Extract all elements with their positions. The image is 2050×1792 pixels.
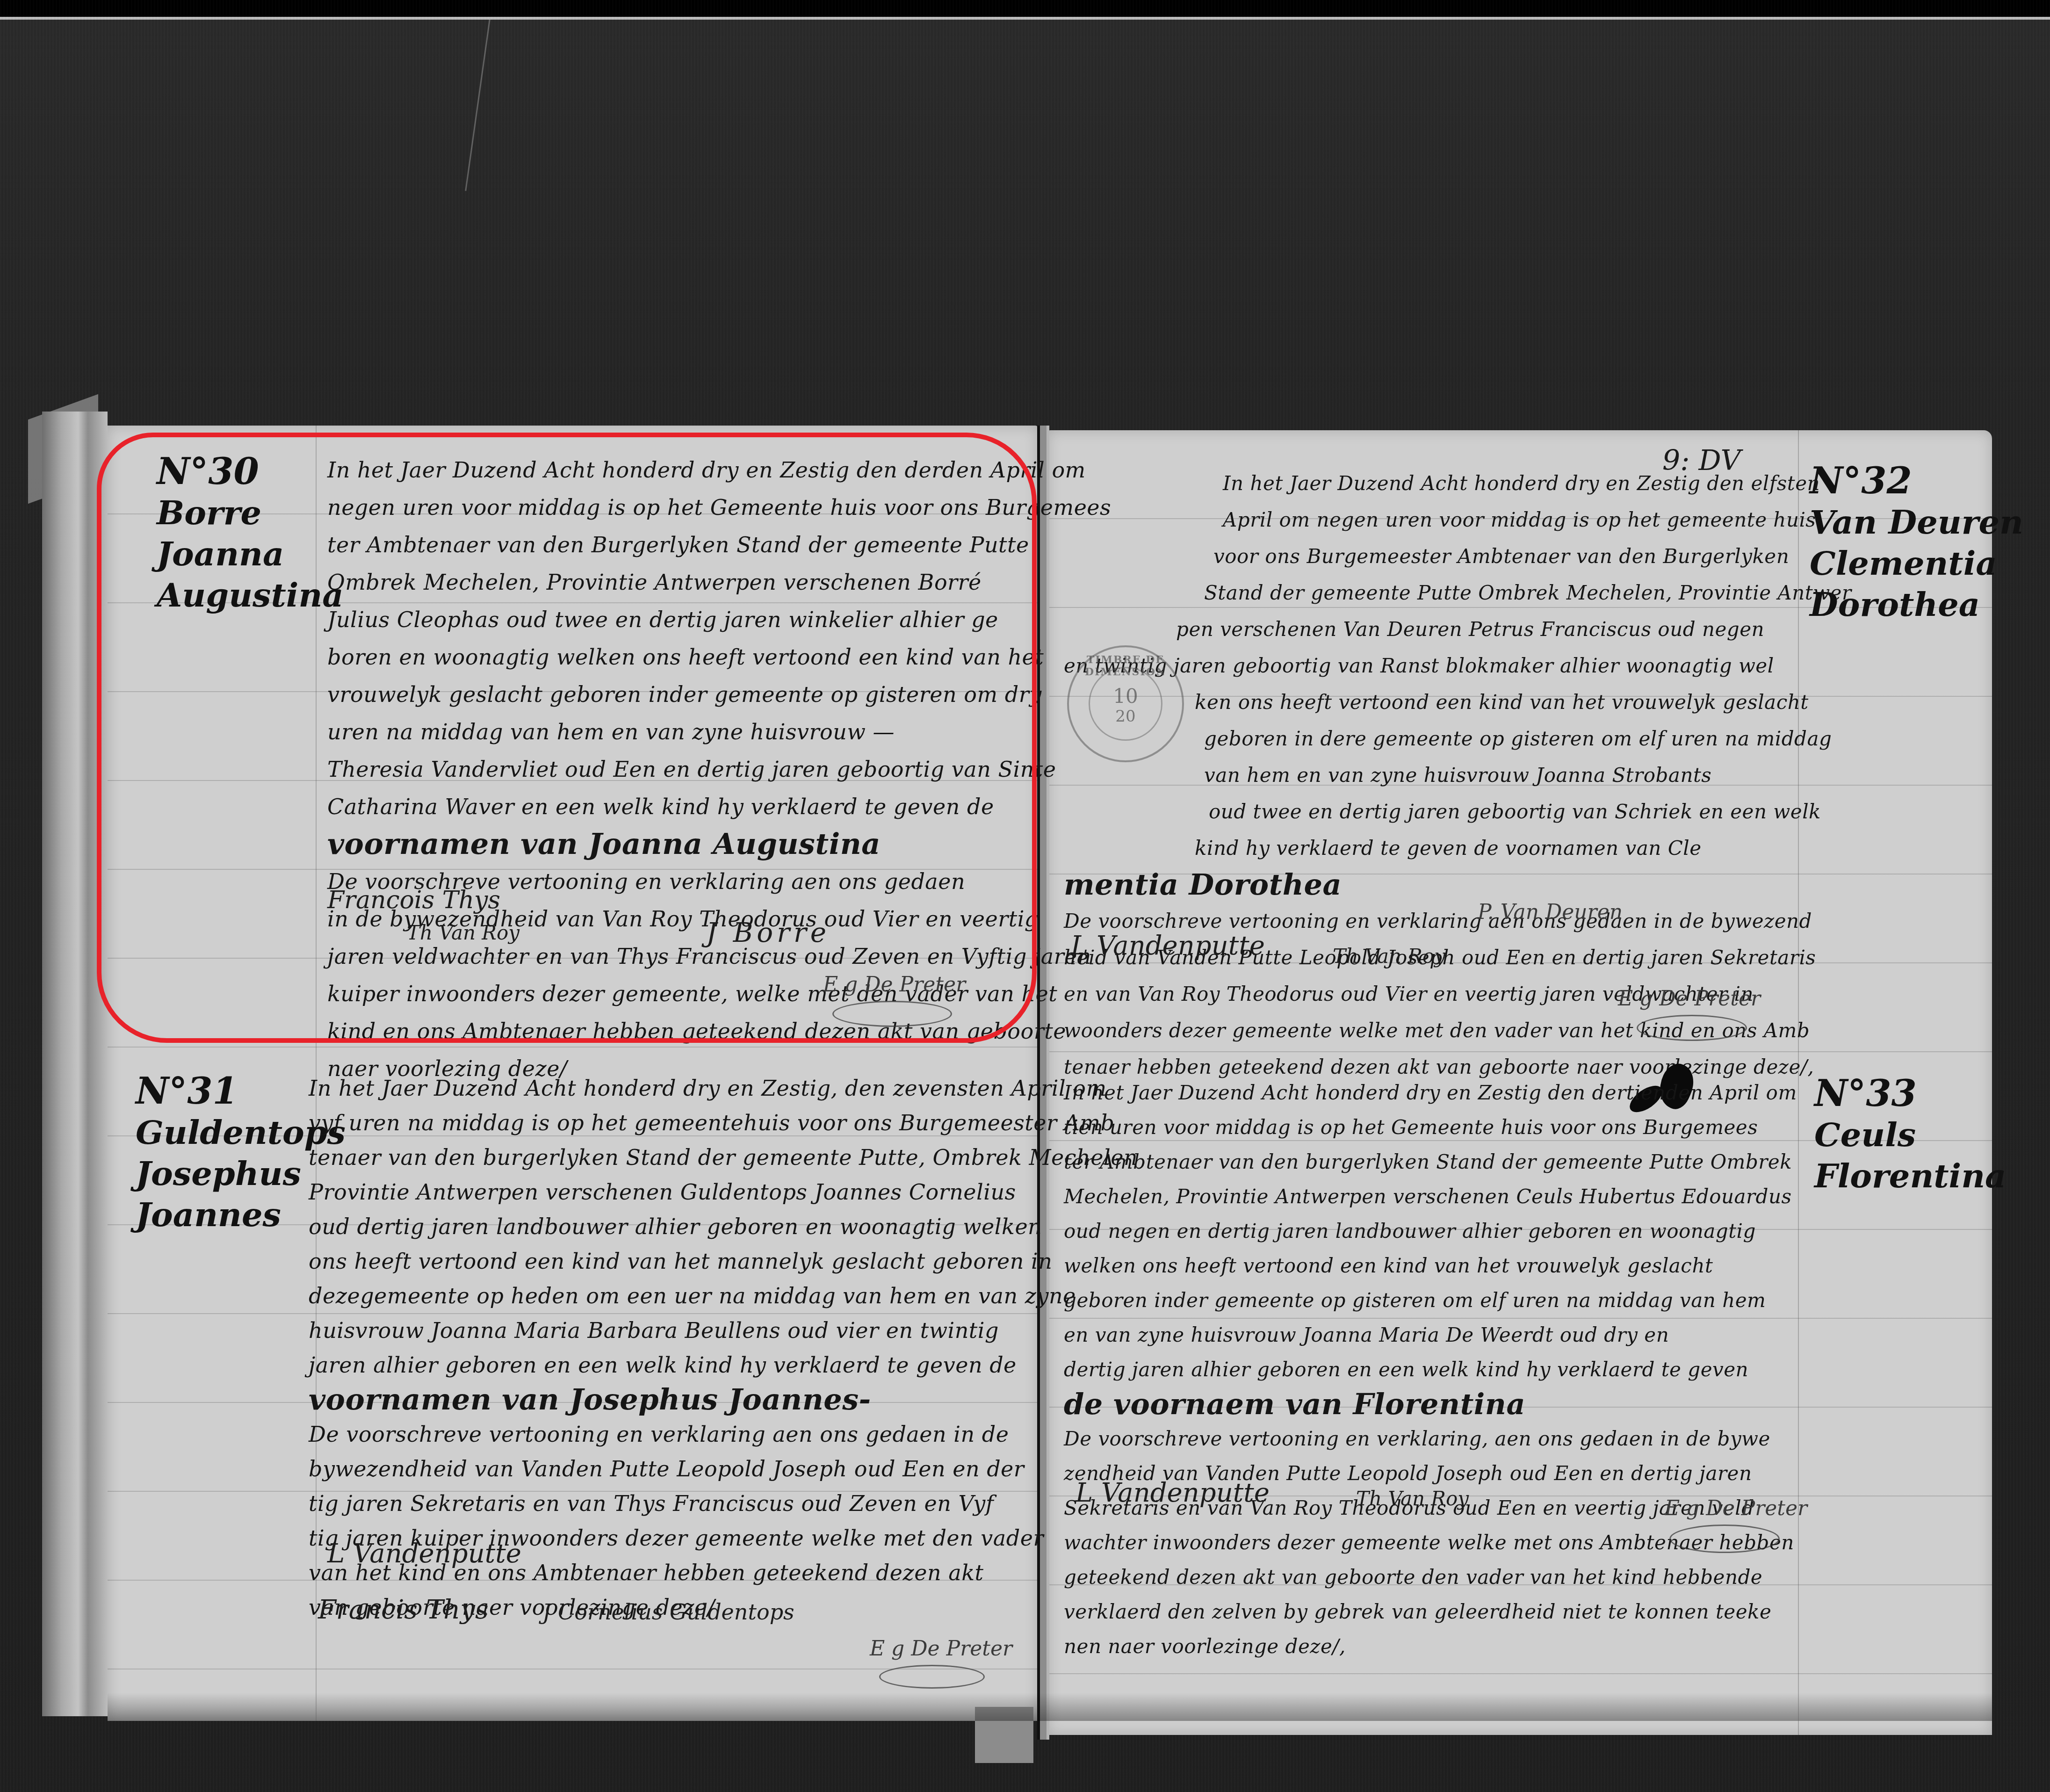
signature: Th Van Roy: [1356, 1487, 1469, 1510]
text-line: Catharina Waver en een welk kind hy verk…: [327, 788, 1029, 825]
signature: J Cornelius Guldentops: [542, 1599, 794, 1625]
stamp-value: 20: [1069, 707, 1182, 726]
text-line: voor ons Burgemeester Ambtenaer van den …: [1064, 538, 1793, 575]
text-line: ter Ambtenaer van den burgerlyken Stand …: [1064, 1145, 1793, 1179]
text-line: oud twee en dertig jaren geboortig van S…: [1064, 794, 1793, 830]
scan-scratch: [465, 20, 490, 191]
text-line: welken ons heeft vertoond een kind van h…: [1064, 1249, 1793, 1283]
text-line: ter Ambtenaer van den Burgerlyken Stand …: [327, 526, 1029, 564]
signature-flourish: [1637, 1015, 1747, 1041]
signature: J Borre: [706, 917, 830, 948]
entry-number: N°32: [1810, 461, 2023, 502]
signature: Francis Thys: [318, 1595, 489, 1625]
stamp-legend: TIMBRE DE DIMENSION: [1069, 654, 1182, 678]
signature: P. Van Deuren: [1478, 900, 1623, 924]
entry-number: N°33: [1814, 1073, 2006, 1114]
text-line: dezegemeente op heden om een uer na midd…: [309, 1279, 1029, 1313]
signature: E g De Preter: [1665, 1496, 1807, 1520]
text-line: en van zyne huisvrouw Joanna Maria De We…: [1064, 1318, 1793, 1352]
text-line: vrouwelyk geslacht geboren inder gemeent…: [327, 676, 1029, 713]
text-line: oud dertig jaren landbouwer alhier gebor…: [309, 1209, 1029, 1244]
text-line: ons heeft vertoond een kind van het mann…: [309, 1244, 1029, 1279]
text-line: Provintie Antwerpen verschenen Guldentop…: [309, 1175, 1029, 1209]
text-line: de voornaem van Florentina: [1064, 1387, 1793, 1422]
text-line: tenaer van den burgerlyken Stand der gem…: [309, 1140, 1029, 1175]
text-line: huisvrouw Joanna Maria Barbara Beullens …: [309, 1313, 1029, 1348]
text-line: Mechelen, Provintie Antwerpen verschenen…: [1064, 1179, 1793, 1214]
text-line: bywezendheid van Vanden Putte Leopold Jo…: [309, 1452, 1029, 1486]
text-line: vyf uren na middag is op het gemeentehui…: [309, 1106, 1029, 1140]
signature: E g De Preter: [823, 973, 966, 997]
signature: L Vandenputte: [1076, 1478, 1270, 1508]
text-line: tien uren voor middag is op het Gemeente…: [1064, 1110, 1793, 1145]
text-line: mentia Dorothea: [1064, 867, 1793, 903]
text-line: dertig jaren alhier geboren en een welk …: [1064, 1352, 1793, 1387]
text-line: geboren inder gemeente op gisteren om el…: [1064, 1283, 1793, 1318]
text-line: In het Jaer Duzend Acht honderd dry en Z…: [1064, 465, 1793, 502]
text-line: De voorschreve vertooning en verklaring …: [309, 1417, 1029, 1452]
entry-given-name: Joanna: [157, 534, 344, 575]
signature: E g De Preter: [1618, 987, 1761, 1011]
text-line: van hem en van zyne huisvrouw Joanna Str…: [1064, 757, 1793, 794]
signature-flourish: [1669, 1525, 1780, 1553]
entry-30-margin: N°30 Borre Joanna Augustina: [157, 451, 344, 616]
text-line: In het Jaer Duzend Acht honderd dry en Z…: [1064, 1076, 1793, 1110]
entry-surname: Ceuls: [1814, 1114, 2006, 1156]
text-line: De voorschreve vertooning en verklaring,…: [1064, 1422, 1793, 1456]
scanned-register-image: 9: DV N°30 Borre Joanna Augustina In het…: [0, 0, 2050, 1792]
signature: E g De Preter: [870, 1637, 1012, 1661]
entry-surname: Van Deuren: [1810, 502, 2023, 543]
text-line: Theresia Vandervliet oud Een en dertig j…: [327, 751, 1029, 788]
signature-flourish: [832, 1001, 952, 1027]
text-line: In het Jaer Duzend Acht honderd dry en Z…: [309, 1071, 1029, 1106]
page-bottom-shadow: [108, 1693, 1992, 1721]
signature: L Vandenputte: [1071, 931, 1265, 961]
text-line: Stand der gemeente Putte Ombrek Mechelen…: [1064, 575, 1793, 611]
text-line: nen naer voorlezinge deze/,: [1064, 1629, 1793, 1664]
entry-given-name: Florentina: [1814, 1156, 2006, 1197]
signature: Francois Thys: [327, 886, 500, 914]
text-line: pen verschenen Van Deuren Petrus Francis…: [1064, 611, 1793, 648]
text-line: voornamen van Joanna Augustina: [327, 825, 1029, 863]
text-line: voornamen van Josephus Joannes-: [309, 1382, 1029, 1417]
book-edge-left: [42, 412, 108, 1716]
text-line: kind hy verklaerd te geven de voornamen …: [1064, 830, 1793, 867]
revenue-stamp: TIMBRE DE DIMENSION 10 20: [1067, 645, 1184, 762]
signature: Th Van Roy: [407, 921, 520, 944]
text-line: Julius Cleophas oud twee en dertig jaren…: [327, 601, 1029, 638]
signature-flourish: [879, 1665, 985, 1689]
entry-33-margin: N°33 Ceuls Florentina: [1814, 1073, 2006, 1197]
text-line: oud negen en dertig jaren landbouwer alh…: [1064, 1214, 1793, 1249]
text-line: In het Jaer Duzend Acht honderd dry en Z…: [327, 451, 1029, 489]
text-line: boren en woonagtig welken ons heeft vert…: [327, 638, 1029, 676]
stamp-value: 10: [1069, 685, 1182, 708]
entry-number: N°30: [157, 451, 344, 492]
entry-33-body: In het Jaer Duzend Acht honderd dry en Z…: [1064, 1076, 1793, 1664]
entry-text: In het Jaer Duzend Acht honderd dry en Z…: [1064, 1076, 1793, 1664]
text-line: uren na middag van hem en van zyne huisv…: [327, 713, 1029, 751]
signature: Th Van Roy: [1333, 945, 1445, 968]
text-line: verklaerd den zelven by gebrek van gelee…: [1064, 1595, 1793, 1629]
text-line: April om negen uren voor middag is op he…: [1064, 502, 1793, 538]
entry-surname: Borre: [157, 492, 344, 534]
text-line: Ombrek Mechelen, Provintie Antwerpen ver…: [327, 564, 1029, 601]
text-line: jaren alhier geboren en een welk kind hy…: [309, 1348, 1029, 1382]
signature: L Vandenputte: [327, 1539, 521, 1569]
text-line: geteekend dezen akt van geboorte den vad…: [1064, 1560, 1793, 1595]
text-line: negen uren voor middag is op het Gemeent…: [327, 489, 1029, 526]
text-line: tig jaren Sekretaris en van Thys Francis…: [309, 1486, 1029, 1521]
entry-given-name: Augustina: [157, 575, 344, 616]
right-page-margin-rule: [1798, 430, 1799, 1735]
